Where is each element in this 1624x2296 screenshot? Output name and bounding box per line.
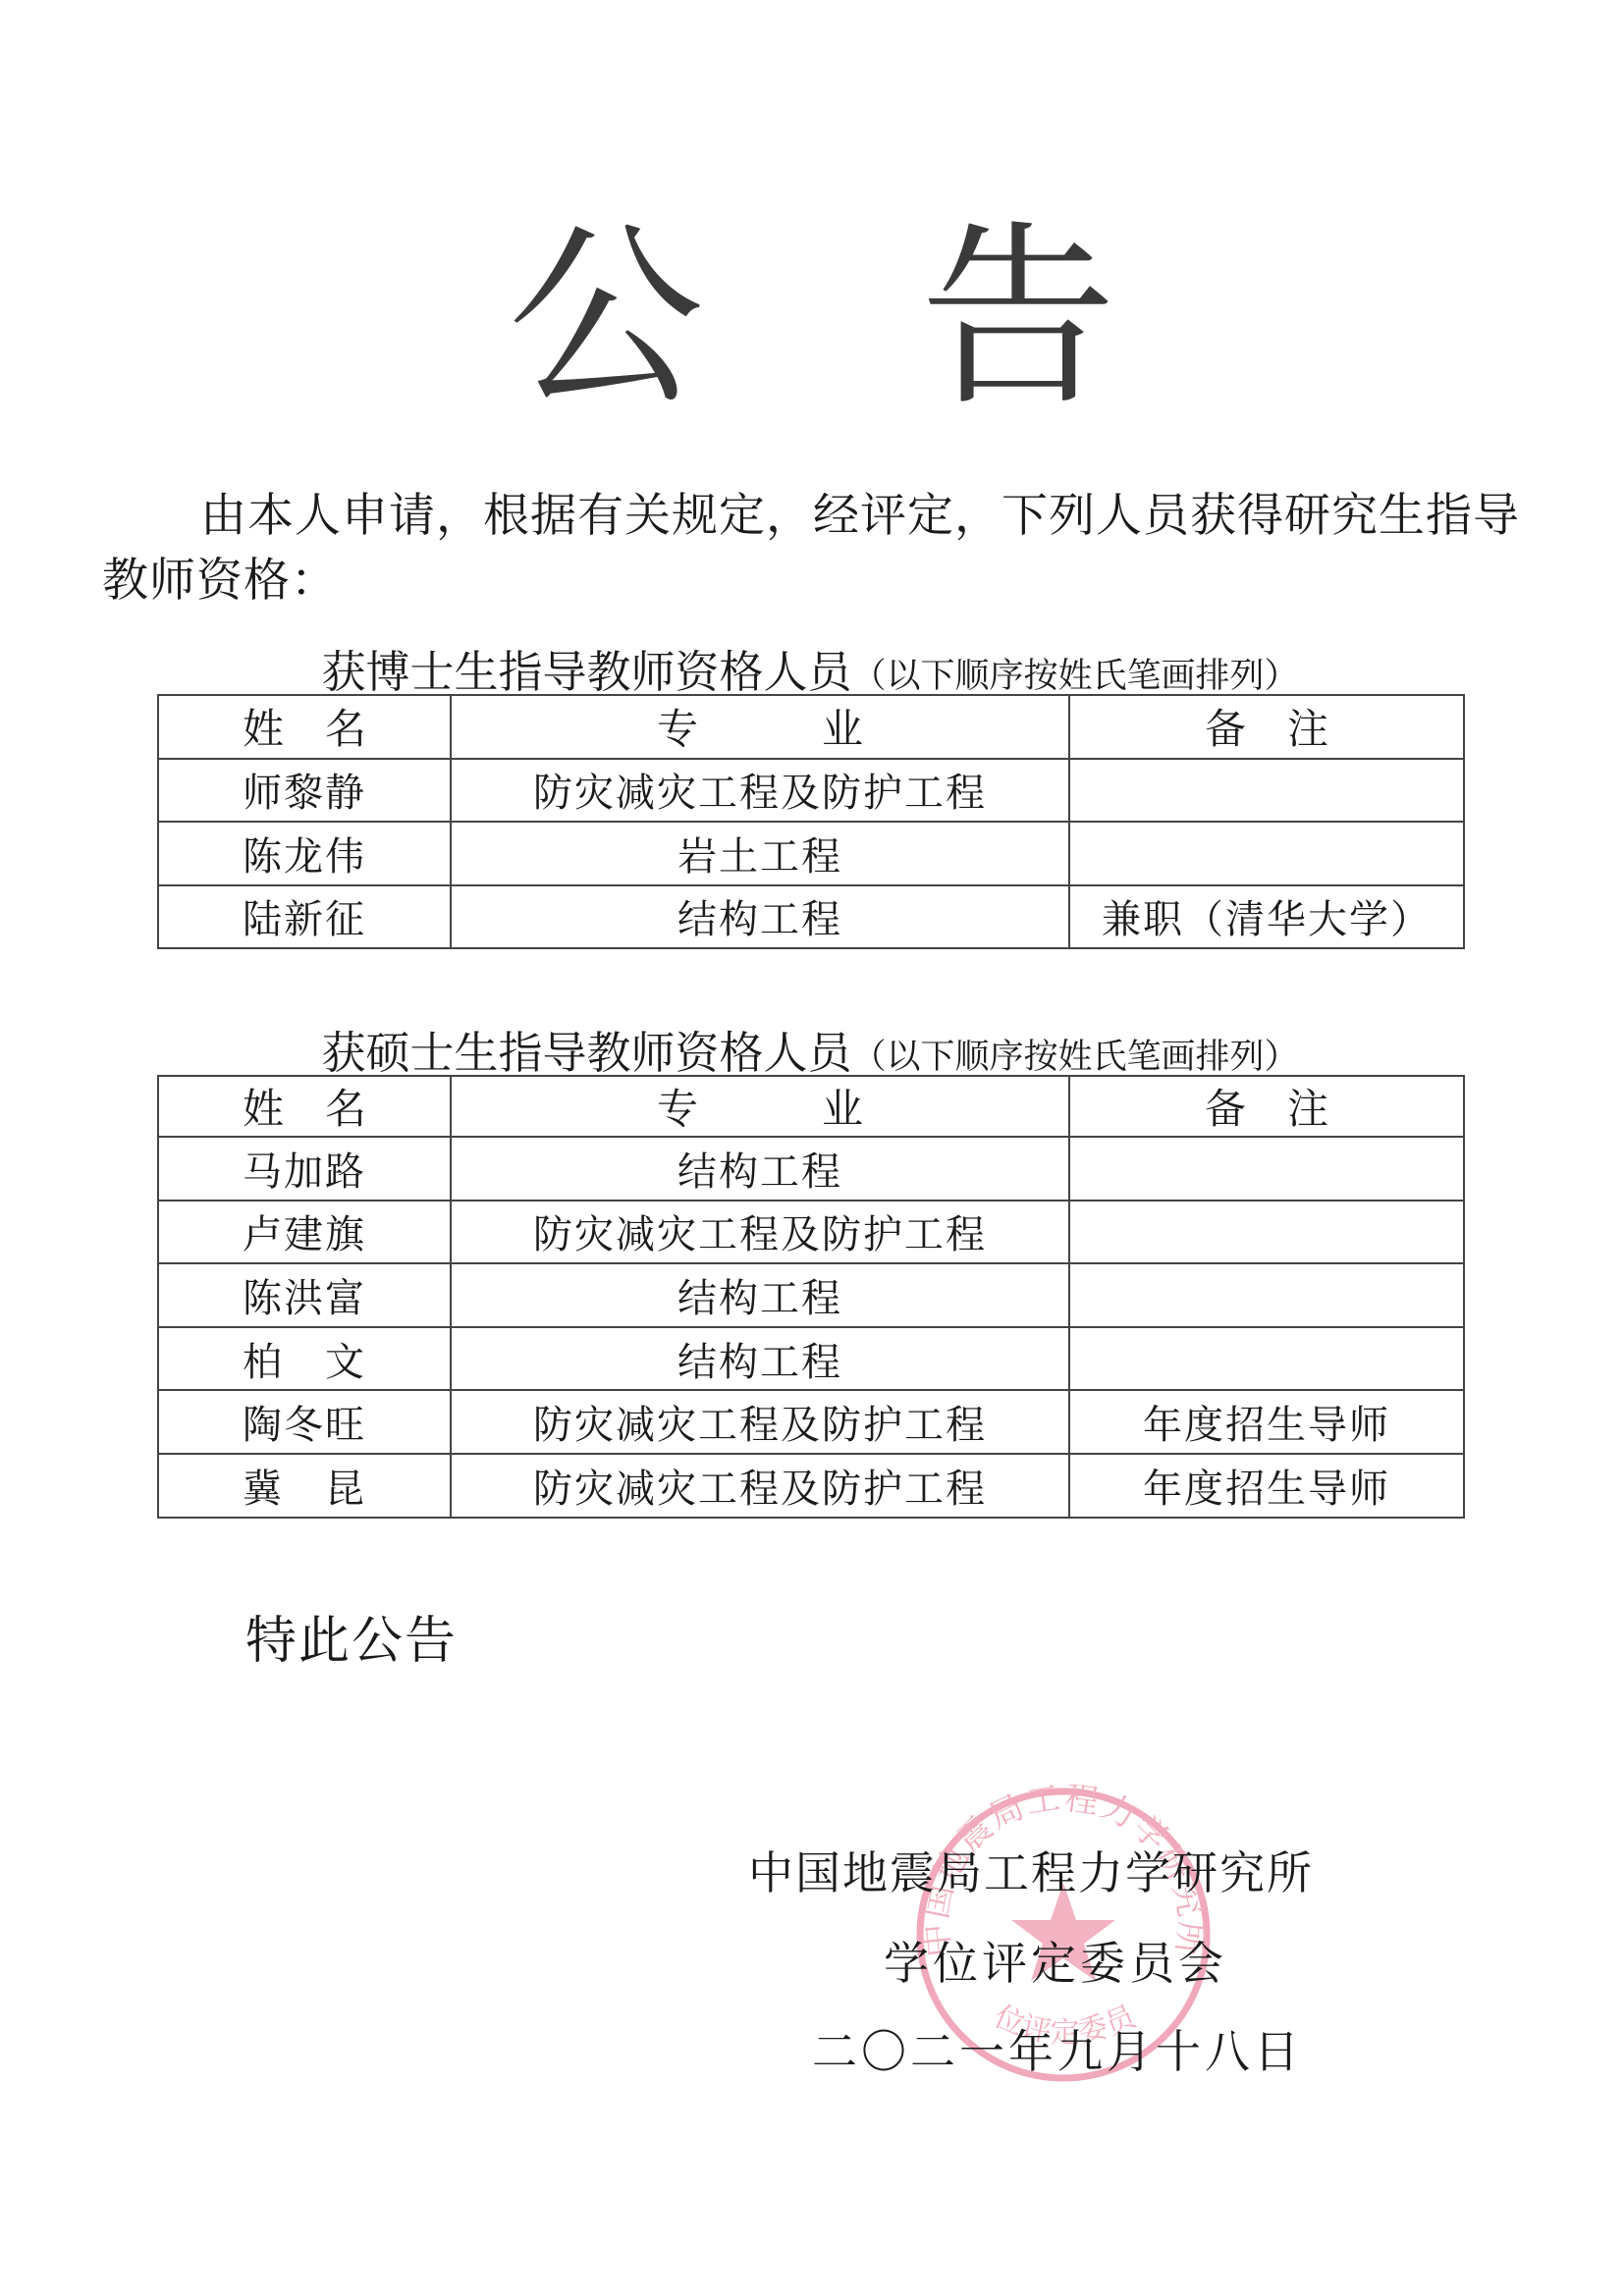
table-header-row: 姓 名 专 业 备 注 [158,1076,1464,1137]
table-row: 卢建旗 防灾减灾工程及防护工程 [158,1201,1464,1264]
doctoral-section-heading: 获博士生指导教师资格人员（以下顺序按姓氏笔画排列） [157,636,1463,700]
cell-major: 结构工程 [451,1263,1069,1327]
cell-remark [1069,1327,1464,1391]
cell-major: 防灾减灾工程及防护工程 [451,1390,1069,1454]
intro-paragraph: 由本人申请，根据有关规定，经评定，下列人员获得研究生指导教师资格： [102,484,1545,614]
table-row: 柏 文 结构工程 [158,1327,1464,1391]
column-header-name: 姓 名 [158,1076,451,1137]
cell-major: 防灾减灾工程及防护工程 [451,759,1069,823]
signature-committee: 学位评定委员会 [712,1936,1399,1991]
masters-heading-text: 获硕士生指导教师资格人员 [321,1027,851,1079]
page-title: 公告 [0,201,1624,437]
cell-major: 岩土工程 [451,822,1069,885]
cell-remark [1069,1201,1464,1264]
table-row: 陶冬旺 防灾减灾工程及防护工程 年度招生导师 [158,1390,1464,1454]
cell-name: 陈洪富 [158,1263,451,1327]
cell-remark [1069,1263,1464,1327]
cell-name: 师黎静 [158,759,451,823]
table-row: 师黎静 防灾减灾工程及防护工程 [158,759,1464,823]
column-header-major: 专 业 [451,1076,1069,1137]
masters-section-heading: 获硕士生指导教师资格人员（以下顺序按姓氏笔画排列） [157,1017,1463,1081]
doctoral-heading-note: （以下顺序按姓氏笔画排列） [852,657,1299,696]
cell-name: 陶冬旺 [158,1390,451,1454]
cell-major: 结构工程 [451,885,1069,949]
table-row: 冀 昆 防灾减灾工程及防护工程 年度招生导师 [158,1454,1464,1518]
cell-name: 冀 昆 [158,1454,451,1518]
signature-organization: 中国地震局工程力学研究所 [687,1845,1375,1900]
cell-name: 陈龙伟 [158,822,451,885]
cell-major: 结构工程 [451,1137,1069,1201]
cell-remark [1069,1137,1464,1201]
doctoral-advisors-table: 姓 名 专 业 备 注 师黎静 防灾减灾工程及防护工程 陈龙伟 岩土工程 陆新征… [157,694,1465,949]
table-row: 陈龙伟 岩土工程 [158,822,1464,885]
table-row: 陆新征 结构工程 兼职（清华大学） [158,885,1464,949]
cell-remark: 兼职（清华大学） [1069,885,1464,949]
table-header-row: 姓 名 专 业 备 注 [158,695,1464,759]
masters-heading-note: （以下顺序按姓氏笔画排列） [852,1038,1299,1077]
masters-advisors-table: 姓 名 专 业 备 注 马加路 结构工程 卢建旗 防灾减灾工程及防护工程 陈洪富… [157,1075,1465,1519]
closing-statement: 特此公告 [245,1610,458,1673]
cell-name: 柏 文 [158,1327,451,1391]
cell-remark: 年度招生导师 [1069,1390,1464,1454]
cell-name: 马加路 [158,1137,451,1201]
table-row: 马加路 结构工程 [158,1137,1464,1201]
signature-date: 二〇二一年九月十八日 [714,2024,1401,2079]
column-header-major: 专 业 [451,695,1069,759]
column-header-remark: 备 注 [1069,1076,1464,1137]
table-row: 陈洪富 结构工程 [158,1263,1464,1327]
column-header-remark: 备 注 [1069,695,1464,759]
cell-major: 防灾减灾工程及防护工程 [451,1201,1069,1264]
cell-remark: 年度招生导师 [1069,1454,1464,1518]
cell-remark [1069,759,1464,823]
cell-major: 结构工程 [451,1327,1069,1391]
column-header-name: 姓 名 [158,695,451,759]
doctoral-heading-text: 获博士生指导教师资格人员 [321,646,851,698]
cell-remark [1069,822,1464,885]
cell-name: 卢建旗 [158,1201,451,1264]
cell-name: 陆新征 [158,885,451,949]
cell-major: 防灾减灾工程及防护工程 [451,1454,1069,1518]
